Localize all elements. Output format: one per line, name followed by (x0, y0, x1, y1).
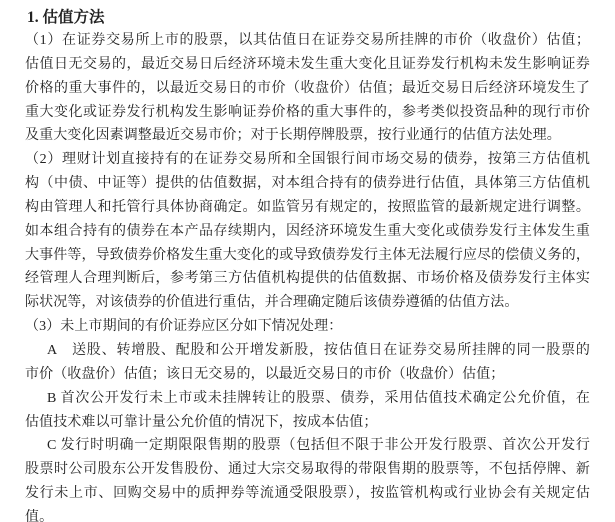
text-line-paragraph2: （2）理财计划直接持有的在证券交易所和全国银行间市场交易的债券，按第三方估值机 (25, 148, 590, 172)
text-line-paragraph1: 估值日无交易的，最近交易日后经济环境未发生重大变化且证券发行机构未发生影响证券 (25, 53, 590, 77)
text-line-paragraph1: 重大变化或证券发行机构发生影响证券价格的重大事件的，参考类似投资品种的现行市价 (25, 101, 590, 125)
text-line-paragraph2: 际状况等，对该债券的价值进行重估，并合理确定随后该债券遵循的估值方法。 (25, 291, 590, 315)
text-line-item-c: 发行未上市、回购交易中的质押券等流通受限股票），按监管机构或行业协会有关规定估 (25, 482, 590, 506)
document-page: 1. 估值方法 （1）在证券交易所上市的股票，以其估值日在证券交易所挂牌的市价（… (0, 0, 615, 522)
text-line-paragraph2: 构（中债、中证等）提供的估值数据，对本组合持有的债券进行估值，具体第三方估值机 (25, 172, 590, 196)
text-line-paragraph2: 构由管理人和托管行具体协商确定。如监管另有规定的，按照监管的最新规定进行调整。 (25, 196, 590, 220)
text-line-paragraph1: 及重大变化因素调整最近交易市价；对于长期停牌股票，按行业通行的估值方法处理。 (25, 124, 590, 148)
text-line-paragraph1: （1）在证券交易所上市的股票，以其估值日在证券交易所挂牌的市价（收盘价）估值； (25, 29, 590, 53)
text-line-paragraph2: 如本组合持有的债券在本产品存续期内，因经济环境发生重大变化或债券发行主体发生重 (25, 220, 590, 244)
text-line-item-b: B 首次公开发行未上市或未挂牌转让的股票、债券，采用估值技术确定公允价值，在 (25, 387, 590, 411)
text-line-item-c: C 发行时明确一定期限限售期的股票（包括但不限于非公开发行股票、首次公开发行 (25, 434, 590, 458)
text-line-paragraph2: 大事件等，导致债券价格发生重大变化的或导致债券发行主体无法履行应尽的偿债义务的， (25, 244, 590, 268)
text-line-item-b: 估值技术难以可靠计量公允价值的情况下，按成本估值； (25, 411, 590, 435)
text-line-paragraph2: 经管理人合理判断后，参考第三方估值机构提供的估值数据、市场价格及债券发行主体实 (25, 267, 590, 291)
text-line-item-a: 市价（收盘价）估值；该日无交易的，以最近交易日的市价（收盘价）估值； (25, 363, 590, 387)
section-title: 1. 估值方法 (25, 6, 590, 29)
text-line-item-a: A 送股、转增股、配股和公开增发新股，按估值日在证券交易所挂牌的同一股票的 (25, 339, 590, 363)
text-line-paragraph1: 价格的重大事件的，以最近交易日的市价（收盘价）估值；最近交易日后经济环境发生了 (25, 77, 590, 101)
text-line-item-c: 值。 (25, 506, 590, 522)
text-line-item-c: 股票时公司股东公开发售股份、通过大宗交易取得的带限售期的股票等，不包括停牌、新 (25, 458, 590, 482)
text-line-paragraph3: （3）未上市期间的有价证券应区分如下情况处理： (25, 315, 590, 339)
